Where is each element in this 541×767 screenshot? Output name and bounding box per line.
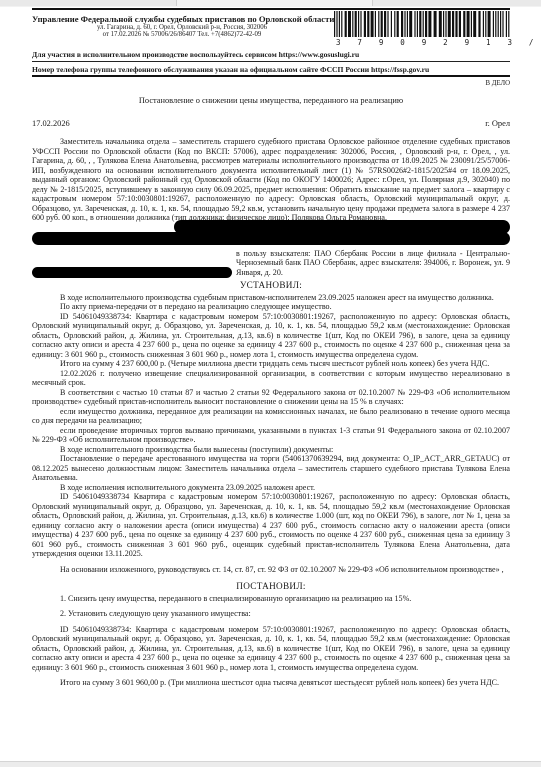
org-address: ул. Гагарина, д. 60, г. Орел, Орловский … (32, 24, 332, 31)
redaction-block (32, 223, 510, 251)
established-paragraph: Постановление о передаче арестованного и… (32, 454, 510, 483)
resolved-heading: ПОСТАНОВИЛ: (32, 582, 510, 592)
redaction-bar (32, 232, 510, 245)
established-paragraph: Итого на сумму 4 237 600,00 р. (Четыре м… (32, 359, 510, 369)
viewer-toolbar-right (372, 0, 541, 6)
established-paragraph: По акту приема-передачи от в передано на… (32, 302, 510, 312)
gosuslugi-notice: Для участия в исполнительном производств… (32, 50, 510, 59)
org-name: Управление Федеральной службы судебных п… (32, 14, 332, 24)
established-paragraph: если проведение вторичных торгов вызвано… (32, 426, 510, 445)
established-paragraph: На основании изложенного, руководствуясь… (32, 565, 510, 575)
established-paragraph: 12.02.2026 г. получено извещение специал… (32, 369, 510, 388)
document-date: 17.02.2026 (32, 119, 70, 128)
established-section: В ходе исполнительного производства суде… (32, 293, 510, 575)
established-paragraph: В ходе исполнения исполнительного докуме… (32, 483, 510, 493)
document-body: Заместитель начальника отдела – заместит… (32, 137, 510, 688)
v-delo-mark: В ДЕЛО (32, 80, 510, 87)
established-paragraph: ID 54061049338734: Квартира с кадастровы… (32, 312, 510, 360)
viewer-bottom-strip (0, 761, 541, 767)
phone-notice: Номер телефона группы телефонного обслуж… (32, 65, 510, 74)
header-bottom-rule (32, 75, 510, 77)
creditor-text: в пользу взыскателя: ПАО Сбербанк России… (236, 249, 510, 277)
resolved-paragraph: 1. Снизить цену имущества, переданного в… (32, 594, 510, 604)
resolved-section: 1. Снизить цену имущества, переданного в… (32, 594, 510, 688)
resolved-paragraph: ID 54061049338734: Квартира с кадастровы… (32, 625, 510, 673)
barcode-icon (334, 11, 510, 39)
document-page: Управление Федеральной службы судебных п… (32, 7, 510, 688)
document-title: Постановление о снижении цены имущества,… (32, 96, 510, 105)
header-divider (32, 61, 510, 62)
established-paragraph: если имущество должника, переданное для … (32, 407, 510, 426)
established-paragraph: В ходе исполнительного производства суде… (32, 293, 510, 303)
document-city: г. Орел (485, 119, 510, 128)
org-ref: от 17.02.2026 № 57006/26/86407 Тел. +7(4… (32, 31, 332, 38)
intro-paragraph: Заместитель начальника отдела – заместит… (32, 137, 510, 223)
established-heading: УСТАНОВИЛ: (32, 281, 510, 291)
established-paragraph: ID 54061049338734 Квартира с кадастровым… (32, 492, 510, 559)
redaction-bar (32, 267, 232, 278)
viewer-top-strip (0, 0, 541, 7)
viewer-toolbar-left (0, 0, 177, 6)
org-block: Управление Федеральной службы судебных п… (32, 14, 332, 39)
established-paragraph: В соответствии с частью 10 статьи 87 и ч… (32, 388, 510, 407)
document-header: Управление Федеральной службы судебных п… (32, 10, 510, 48)
resolved-paragraph: Итого на сумму 3 601 960,00 р. (Три милл… (32, 678, 510, 688)
barcode-number: 3 7 9 0 9 2 9 1 3 / 5 7 0 6 (336, 38, 508, 47)
resolved-paragraph: 2. Установить следующую цену указанного … (32, 609, 510, 619)
established-paragraph: В ходе исполнительного производства были… (32, 445, 510, 455)
date-line: 17.02.2026 г. Орел (32, 119, 510, 128)
